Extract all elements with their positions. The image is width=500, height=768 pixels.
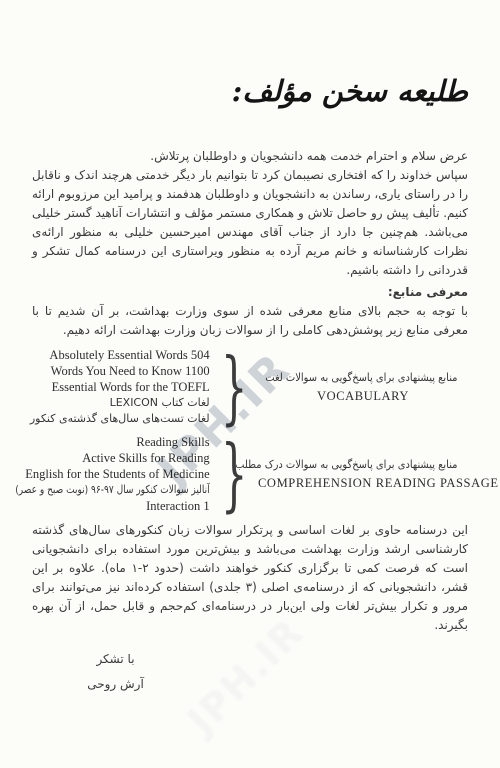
page-title: طلیعه سخن مؤلف: [32,72,468,111]
closing-paragraph: این درسنامه حاوی بر لغات اساسی و پرتکرار… [32,521,468,635]
source-group-vocabulary: منابع پیشنهادی برای پاسخ‌گویی به سوالات … [32,347,468,427]
signoff: با تشکر [58,651,173,667]
curly-brace-icon: } [221,345,248,429]
source-item: آنالیز سوالات کنکور سال ۹۷-۹۶ (نوبت صبح … [64,482,210,498]
author-name: آرش روحی [58,676,173,692]
signature-block: با تشکر آرش روحی [58,651,173,692]
source-item: 504 Absolutely Essential Words [32,347,210,363]
vocabulary-label-fa: منابع پیشنهادی برای پاسخ‌گویی به سوالات … [269,370,458,385]
source-item: Reading Skills [32,434,210,450]
vocabulary-label: منابع پیشنهادی برای پاسخ‌گویی به سوالات … [258,370,468,404]
sources-intro: با توجه به حجم بالای منابع معرفی شده از … [32,302,468,340]
vocabulary-source-list: 504 Absolutely Essential Words 1100 Word… [32,347,210,427]
source-item: English for the Students of Medicine [32,466,210,482]
source-group-reading: منابع پیشنهادی برای پاسخ‌گویی به سوالات … [32,434,468,514]
intro-paragraph: سپاس خداوند را که افتخاری نصیبمان کرد تا… [32,166,468,280]
source-item: Active Skills for Reading [32,450,210,466]
source-item: لغات تست‌های سال‌های گذشته‌ی کنکور [32,411,210,427]
source-item: Interaction 1 [32,498,210,514]
reading-label: منابع پیشنهادی برای پاسخ‌گویی به سوالات … [258,457,468,491]
source-item: 1100 Words You Need to Know [32,363,210,379]
reading-label-en: COMPREHENSION READING PASSAGE [258,476,468,491]
curly-brace-icon: } [221,432,248,516]
sources-heading: معرفی منابع: [32,283,468,302]
reading-source-list: Reading Skills Active Skills for Reading… [32,434,210,514]
source-item: Essential Words for the TOEFL [32,379,210,395]
scanned-page: طلیعه سخن مؤلف: عرض سلام و احترام خدمت ه… [0,0,500,768]
source-item: لغات کتاب LEXICON [32,395,210,411]
reading-label-fa: منابع پیشنهادی برای پاسخ‌گویی به سوالات … [269,457,458,472]
greeting-line: عرض سلام و احترام خدمت همه دانشجویان و د… [32,147,468,166]
vocabulary-label-en: VOCABULARY [258,389,468,404]
